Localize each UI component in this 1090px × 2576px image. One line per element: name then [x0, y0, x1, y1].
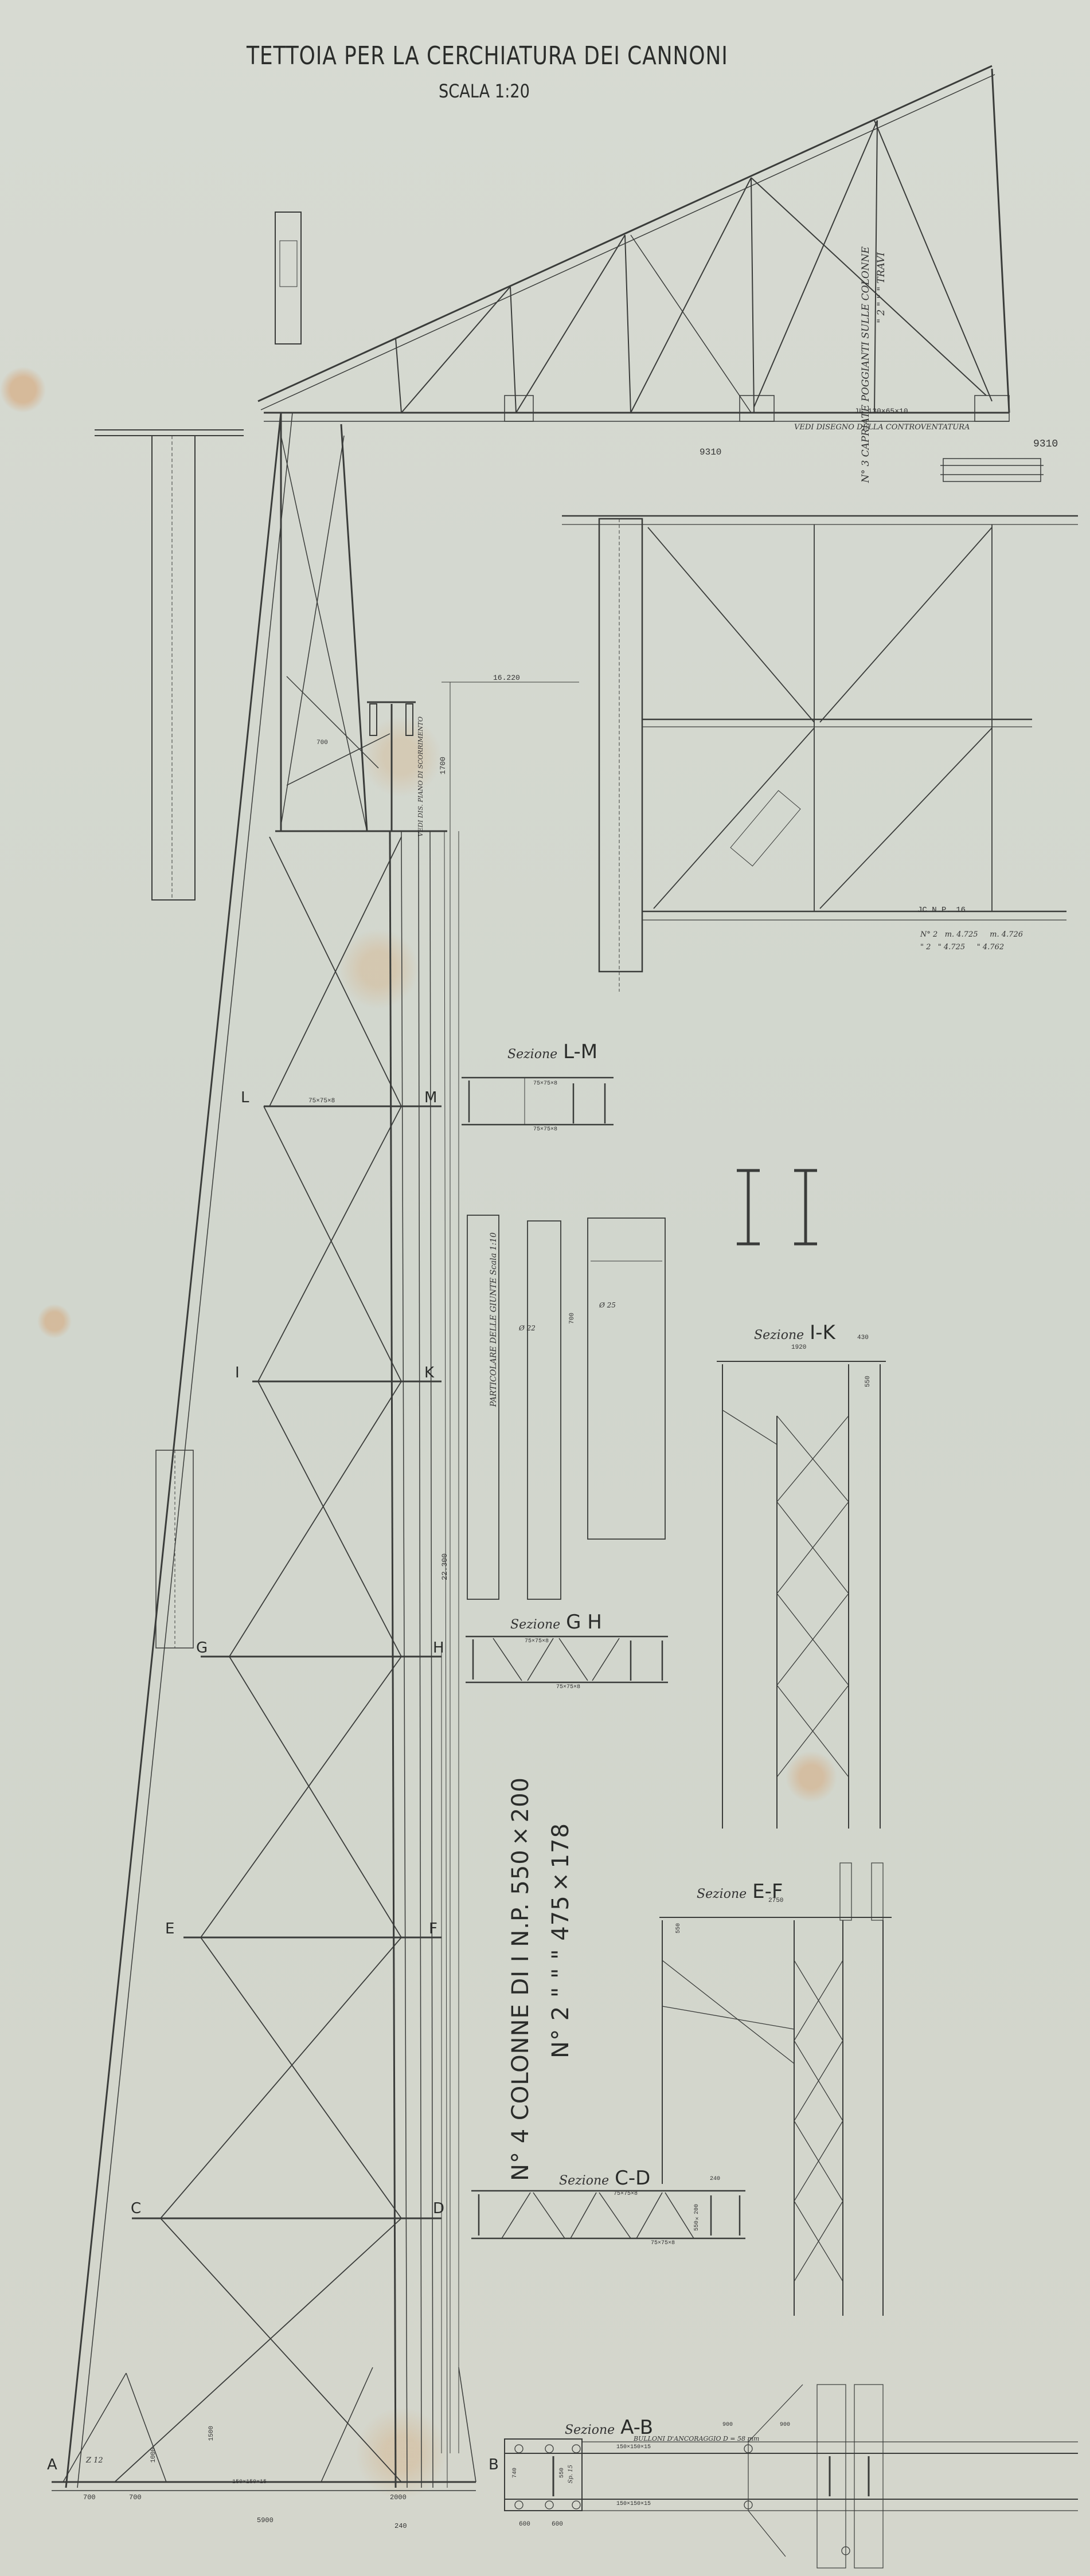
section-ab-dim-740: 740	[512, 2468, 518, 2478]
splice-dim-700: 700	[569, 1313, 576, 1324]
section-gh-name: G H	[566, 1611, 602, 1634]
section-lm-top-angle: 75×75×8	[533, 1080, 557, 1087]
section-ab-bolt-note: BULLONI D'ANCORAGGIO D = 58 mm	[634, 2435, 759, 2442]
section-letter-f: F	[429, 1920, 437, 1937]
base-dim-left1: 700	[83, 2493, 96, 2501]
section-letter-l: L	[241, 1089, 249, 1106]
columns-note-line1: N° 4 COLONNE DI I N.P. 550×200	[507, 1777, 534, 2181]
technical-linework	[0, 0, 1090, 2576]
tower-plate-note: VEDI DIS. PIANO DI SCORRIMENTO	[417, 717, 424, 837]
section-ef-drawing	[659, 1863, 892, 2316]
roof-truss	[258, 66, 1009, 421]
section-cd-name: C-D	[615, 2167, 650, 2190]
section-lm-prefix: Sezione	[507, 1047, 557, 1062]
truss-span-dimension: 9310	[700, 447, 721, 457]
section-cd-dim-240: 240	[710, 2176, 720, 2182]
section-lm-bottom-angle: 75×75×8	[533, 1126, 557, 1133]
splice-rivet-25: Ø 25	[599, 1301, 616, 1309]
section-letter-m: M	[424, 1089, 437, 1106]
beam-row1: N° 2 m. 4.725 m. 4.726	[920, 930, 1023, 939]
beam-row2-m2: " 4.762	[977, 943, 1004, 952]
top-left-detail	[275, 212, 301, 344]
section-cd-column: 550×200	[694, 2204, 700, 2231]
section-cd-title: SezioneC-D	[559, 2167, 650, 2190]
truss-note-line1: N° 3 CAPRIATE POGGIANTI SULLE COLONNE	[860, 246, 872, 483]
section-gh-top-angle: 75×75×8	[525, 1638, 549, 1645]
base-dim-1000: 1000	[150, 2448, 157, 2463]
section-letter-e: E	[165, 1920, 174, 1937]
beam-row2: " 2 " 4.725 " 4.762	[920, 943, 1004, 952]
section-letter-b: B	[489, 2456, 499, 2473]
section-ab-drawing	[505, 2385, 1078, 2568]
section-ab-prefix: Sezione	[565, 2423, 615, 2437]
tower-horizontal-label: 75×75×8	[308, 1098, 335, 1105]
section-letter-d: D	[433, 2200, 444, 2217]
tower-top-dimension: 16.220	[493, 674, 520, 682]
section-gh-title: SezioneG H	[510, 1611, 602, 1634]
upper-right-frame	[562, 516, 1078, 992]
truss-note-line2: " 2 " " " TRAVI	[876, 252, 887, 323]
section-ik-name: I-K	[810, 1321, 835, 1344]
section-lm-title: SezioneL-M	[507, 1040, 597, 1063]
base-dim-span: 5900	[257, 2516, 274, 2524]
section-ab-dim-900a: 900	[722, 2422, 733, 2428]
section-cd-bottom-angle: 75×75×8	[651, 2240, 675, 2246]
section-ab-dim-600a: 600	[519, 2521, 530, 2528]
section-ef-height: 550	[675, 1923, 682, 1933]
section-ik-prefix: Sezione	[754, 1328, 804, 1342]
left-column-elevation	[95, 430, 244, 900]
left-splice-detail	[156, 1450, 193, 1648]
tower-dimension-lines	[442, 682, 579, 2453]
section-letter-k: K	[424, 1364, 434, 1381]
truss-reference-note: VEDI DISEGNO DELLA CONTROVENTATURA	[794, 423, 970, 432]
tower-height-dimension: 22.300	[440, 1553, 449, 1580]
section-ab-top-angle: 150×150×15	[616, 2444, 651, 2450]
section-ik-width: 1920	[791, 1344, 806, 1351]
section-ik-title: SezioneI-K	[754, 1321, 835, 1344]
splice-title: PARTICOLARE DELLE GIUNTE Scala 1:10	[489, 1232, 498, 1407]
section-ik-height: 550	[865, 1376, 872, 1387]
section-ef-prefix: Sezione	[697, 1887, 747, 1901]
section-letter-h: H	[433, 1639, 444, 1657]
section-gh-bottom-angle: 75×75×8	[556, 1684, 580, 1690]
base-dim-left2: 700	[129, 2493, 142, 2501]
section-lm-name: L-M	[563, 1040, 597, 1063]
tower-upper-dimension: 1700	[439, 757, 447, 774]
base-dim-right: 2000	[390, 2493, 407, 2501]
beam-row1-m1: m. 4.725	[945, 930, 978, 939]
section-ef-width: 2750	[768, 1897, 783, 1904]
section-cd-top-angle: 75×75×8	[614, 2191, 638, 2197]
base-dim-1500: 1500	[208, 2426, 215, 2441]
tower-dim-700: 700	[317, 739, 328, 746]
section-letter-g: G	[196, 1639, 208, 1657]
ibeam-symbol	[737, 1170, 817, 1244]
section-ik-drawing	[717, 1361, 886, 1829]
beam-profile-label: JC N.P. 16	[917, 906, 966, 915]
truss-bottom-chord-label: JL 130×65×10	[854, 407, 908, 416]
section-cd-prefix: Sezione	[559, 2174, 609, 2188]
column-head	[367, 702, 416, 831]
beam-row2-count: " 2	[920, 943, 931, 952]
section-cd-drawing	[471, 2191, 745, 2238]
splice-rivet-22: Ø 22	[519, 1324, 536, 1332]
base-plate-label: Z 12	[86, 2456, 103, 2465]
section-ab-dim-550: 550	[559, 2468, 565, 2478]
section-gh-prefix: Sezione	[510, 1618, 560, 1632]
side-detail-top-right	[940, 459, 1044, 481]
section-letter-i: I	[235, 1364, 240, 1381]
beam-row1-m2: m. 4.726	[990, 930, 1023, 939]
truss-span-dimension-right: 9310	[1033, 439, 1058, 450]
section-ab-plate: Sp. 15	[568, 2465, 574, 2483]
base-angle-label: 150×150×15	[232, 2479, 267, 2485]
columns-note-line2: N° 2 " " " 475×178	[548, 1823, 574, 2058]
section-letter-a: A	[47, 2456, 57, 2473]
section-ab-dim-900b: 900	[780, 2422, 790, 2428]
beam-row1-count: N° 2	[920, 930, 937, 939]
section-ab-bottom-angle: 150×150×15	[616, 2501, 651, 2507]
base-dim-240: 240	[394, 2522, 407, 2530]
section-ik-col-dim: 430	[857, 1334, 869, 1341]
section-ab-dim-600b: 600	[552, 2521, 563, 2528]
beam-row2-m1: " 4.725	[938, 943, 965, 952]
section-letter-c: C	[131, 2200, 141, 2217]
section-gh-drawing	[466, 1637, 668, 1682]
